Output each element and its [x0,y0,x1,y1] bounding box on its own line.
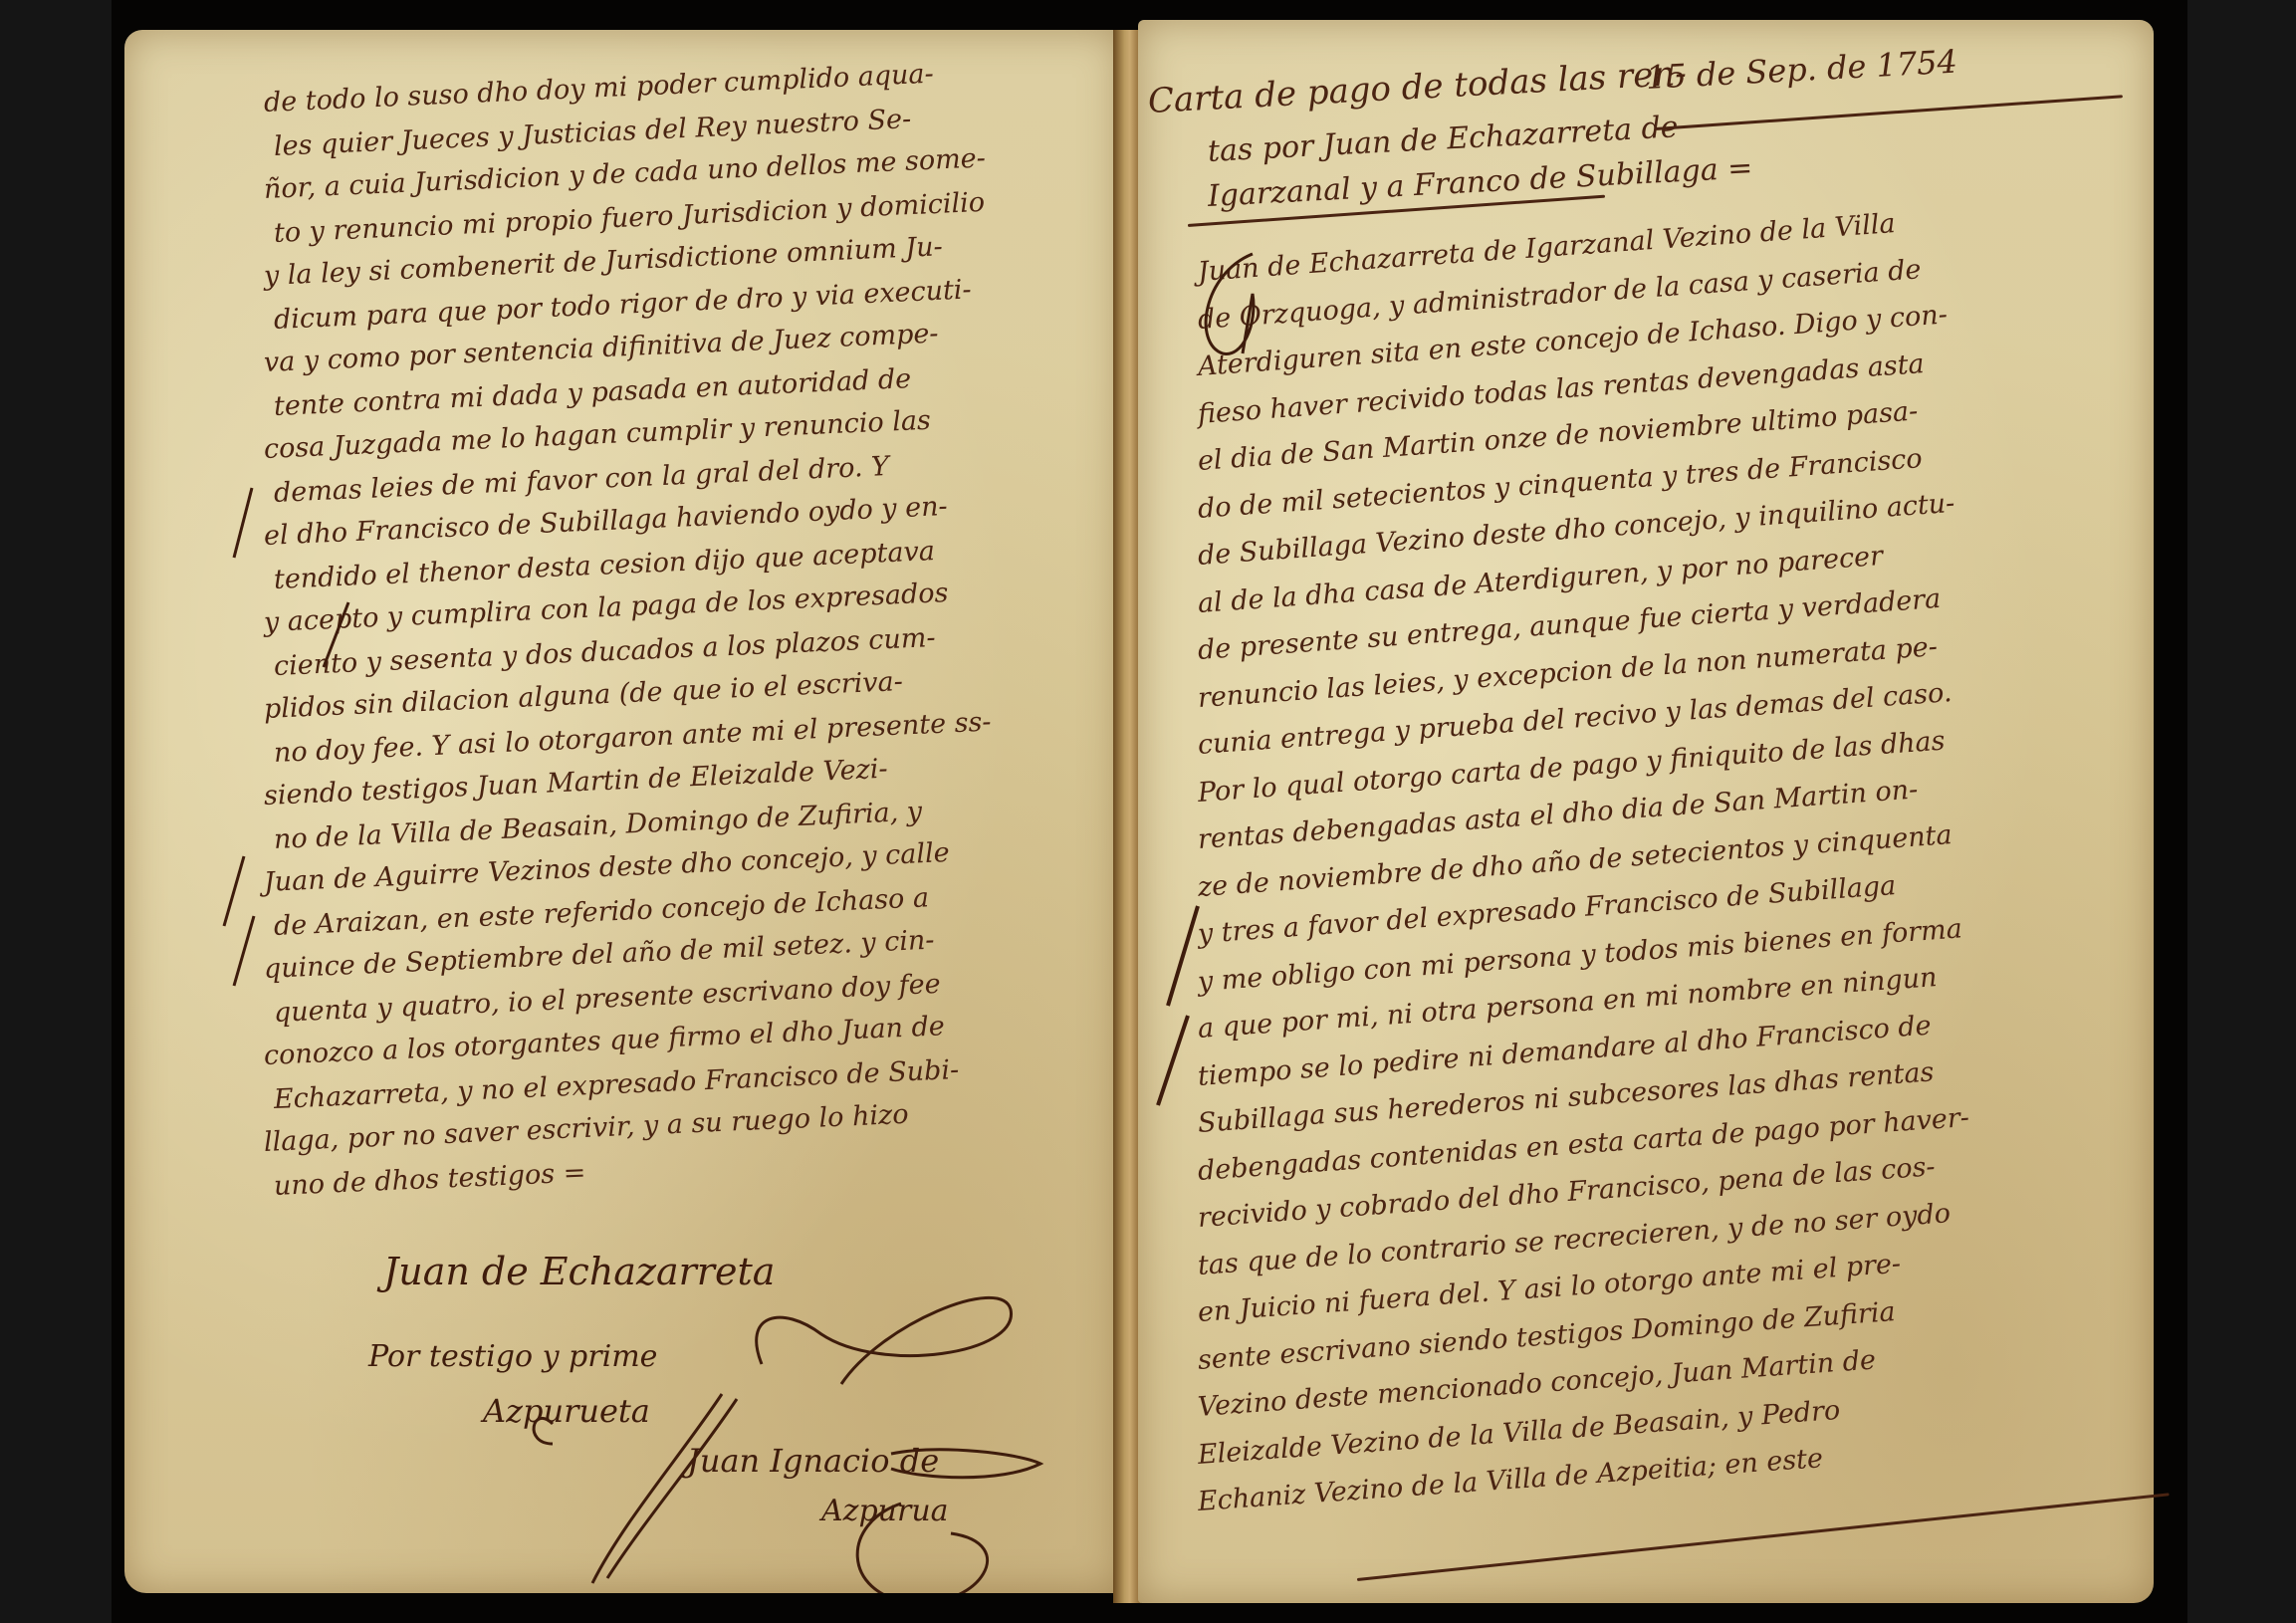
right-page: Carta de pago de todas las ren- tas por … [1138,20,2154,1603]
heading-date: 15 de Sep. de 1754 [1645,46,1957,94]
closing-rule [1357,1493,2170,1581]
initial-flourish [1183,234,1382,433]
heading-line-1: Carta de pago de todas las ren- [1147,57,1687,118]
heading-rule-top [1656,95,2123,130]
signature-flourish [124,30,1120,1593]
book-gutter [1113,30,1141,1603]
margin-flourish [1138,896,1258,1195]
left-page: de todo lo suso dho doy mi poder cumplid… [124,30,1120,1593]
